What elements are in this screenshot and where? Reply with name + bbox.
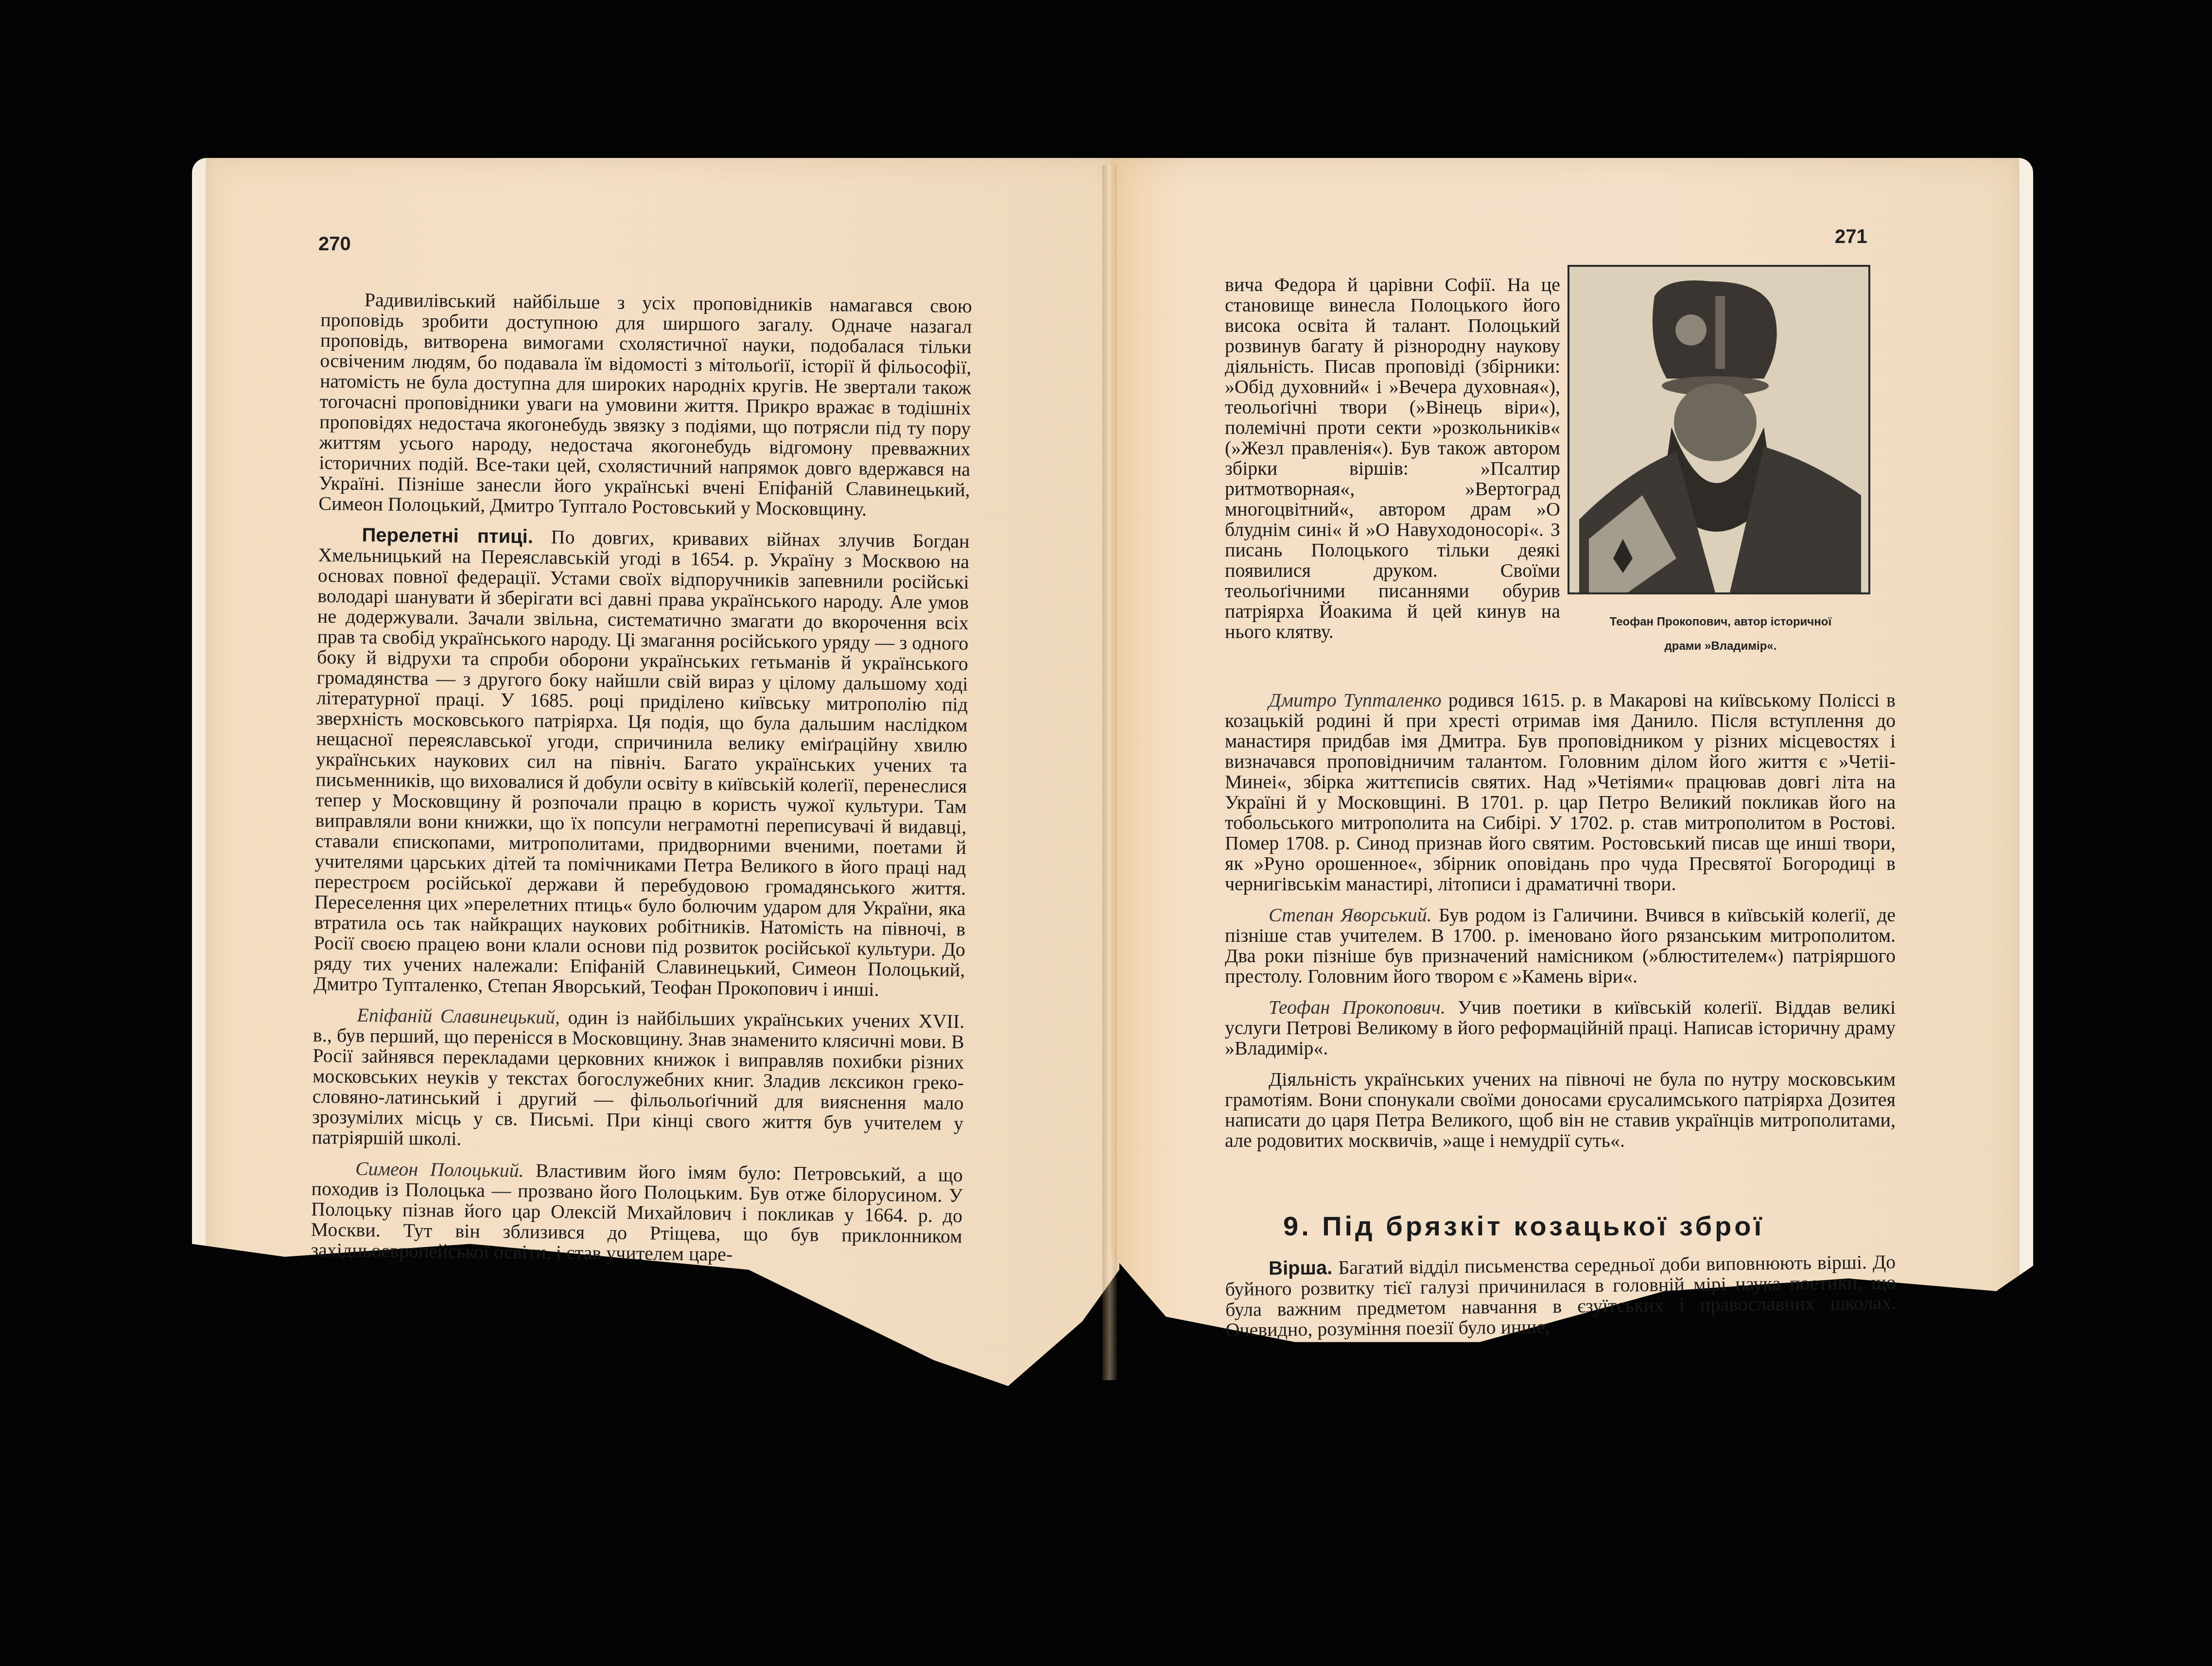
paragraph: Перелетні птиці. По довгих, кривавих вій… <box>314 524 970 1001</box>
portrait-figure <box>1568 265 1870 594</box>
portrait-illustration-icon <box>1569 267 1868 592</box>
figure-caption: Теофан Прокопович, автор історичної драм… <box>1570 610 1871 659</box>
paragraph: Епіфаній Славинецький, один із найбільши… <box>312 1005 965 1154</box>
page-number-right: 271 <box>1835 226 1867 248</box>
paragraph-lead: Перелетні птиці. <box>362 524 533 548</box>
caption-line: Теофан Прокопович, автор історичної <box>1570 610 1871 634</box>
section-heading: 9. Під брязкіт козацької зброї <box>1283 1210 1866 1242</box>
left-page-body: Радивилівський найбільше з усіх проповід… <box>311 289 972 1267</box>
paragraph-lead: Теофан Прокопович. <box>1269 996 1446 1018</box>
paragraph-lead: Степан Яворський. <box>1269 904 1432 926</box>
paragraph-text: Діяльність українських учених на півночі… <box>1225 1068 1896 1151</box>
right-page-body: Дмитро Тупталенко родився 1615. р. в Мак… <box>1225 690 1896 1151</box>
paragraph-lead: Дмитро Тупталенко <box>1269 689 1442 711</box>
paragraph-text: вича Федора й царівни Софії. На це стано… <box>1225 274 1560 642</box>
scan-background: 270 271 Радивилівський найбільше з усіх … <box>0 0 2212 1666</box>
paragraph: Діяльність українських учених на півночі… <box>1225 1069 1896 1151</box>
paragraph-text: родився 1615. р. в Макарові на київськом… <box>1225 689 1896 895</box>
paragraph-text: Радивилівський найбільше з усіх проповід… <box>318 289 972 520</box>
right-page-top-column: вича Федора й царівни Софії. На це стано… <box>1225 275 1560 642</box>
paragraph: Дмитро Тупталенко родився 1615. р. в Мак… <box>1225 690 1896 894</box>
caption-line: драми »Владимір«. <box>1570 634 1871 659</box>
paragraph-lead: Симеон Полоцький. <box>355 1158 524 1181</box>
page-number-left: 270 <box>318 233 351 255</box>
paragraph: Симеон Полоцький. Властивим його імям бу… <box>311 1158 963 1267</box>
right-page-final-paragraph: Вірша. Багатий відділ письменства середн… <box>1225 1252 1897 1340</box>
paragraph: Радивилівський найбільше з усіх проповід… <box>318 289 972 521</box>
paragraph-text: По довгих, кривавих війнах злучив Богдан… <box>314 526 970 1000</box>
paragraph-text: один із найбільших українських учених XV… <box>312 1006 964 1149</box>
paragraph-lead: Вірша. <box>1269 1257 1333 1279</box>
book-gutter <box>1102 165 1117 1380</box>
paragraph: Теофан Прокопович. Учив поетики в київсь… <box>1225 997 1896 1059</box>
paragraph: Степан Яворський. Був родом із Галичини.… <box>1225 905 1896 987</box>
paragraph: Вірша. Багатий відділ письменства середн… <box>1225 1252 1897 1340</box>
paragraph: вича Федора й царівни Софії. На це стано… <box>1225 275 1560 642</box>
